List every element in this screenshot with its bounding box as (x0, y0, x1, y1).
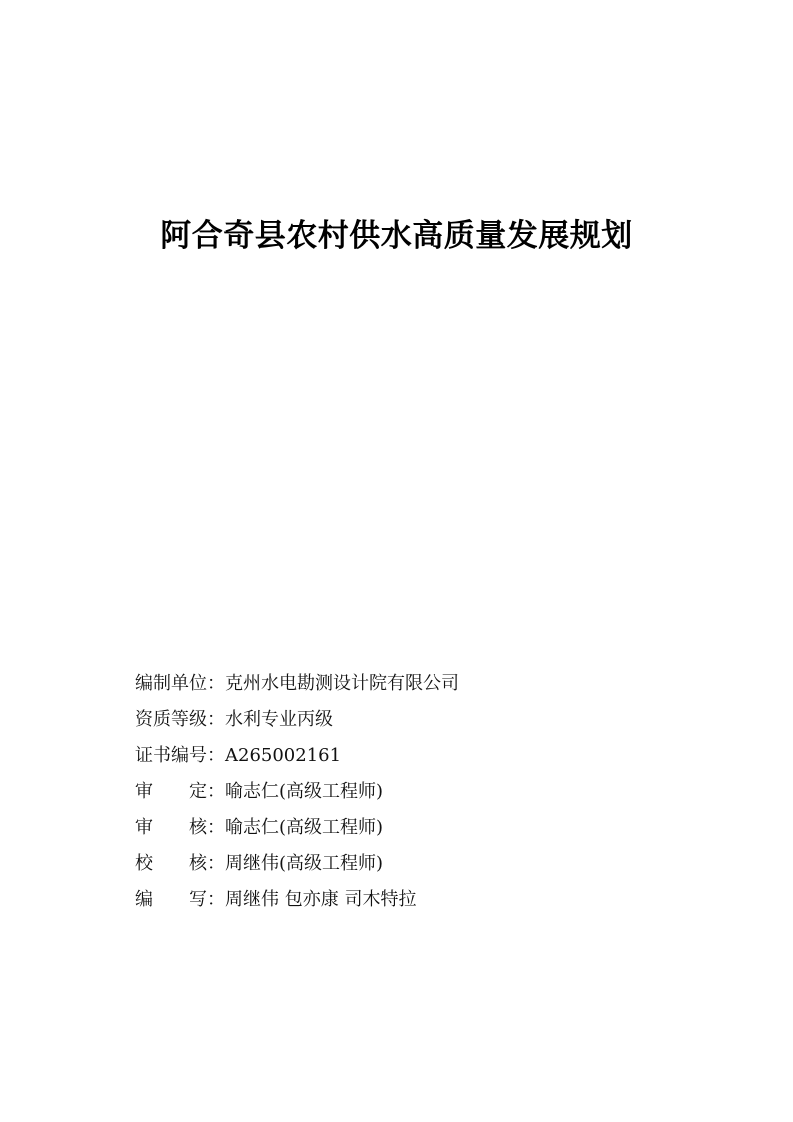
info-value: 喻志仁(高级工程师) (225, 816, 383, 840)
info-label: 资质等级： (135, 708, 225, 732)
info-label-part: 核： (189, 852, 225, 876)
info-label-part: 审 (135, 780, 153, 804)
info-label-part: 校 (135, 852, 153, 876)
info-label-part: 写： (189, 888, 225, 912)
info-row-compiler: 编制单位：克州水电勘测设计院有限公司 (135, 672, 459, 696)
info-value: 周继伟 包亦康 司木特拉 (225, 888, 416, 912)
info-label-part: 审 (135, 816, 153, 840)
info-value: 水利专业丙级 (225, 708, 333, 732)
info-row-certificate: 证书编号：A265002161 (135, 744, 341, 768)
info-label: 编制单位： (135, 672, 225, 696)
info-row-reviewer: 审核：喻志仁(高级工程师) (135, 816, 383, 840)
info-label: 校核： (135, 852, 225, 876)
info-label: 审定： (135, 780, 225, 804)
info-value: 喻志仁(高级工程师) (225, 780, 383, 804)
info-label-part: 定： (189, 780, 225, 804)
info-value: 克州水电勘测设计院有限公司 (225, 672, 459, 696)
info-label: 审核： (135, 816, 225, 840)
info-label: 证书编号： (135, 744, 225, 768)
info-label-part: 核： (189, 816, 225, 840)
info-row-qualification: 资质等级：水利专业丙级 (135, 708, 333, 732)
document-page: 阿合奇县农村供水高质量发展规划 编制单位：克州水电勘测设计院有限公司 资质等级：… (0, 0, 793, 1122)
info-row-author: 编写：周继伟 包亦康 司木特拉 (135, 888, 416, 912)
info-row-checker: 校核：周继伟(高级工程师) (135, 852, 383, 876)
info-label-part: 编 (135, 888, 153, 912)
info-value: 周继伟(高级工程师) (225, 852, 383, 876)
document-title: 阿合奇县农村供水高质量发展规划 (0, 210, 793, 255)
info-value: A265002161 (225, 744, 341, 768)
info-label: 编写： (135, 888, 225, 912)
info-row-approver: 审定：喻志仁(高级工程师) (135, 780, 383, 804)
